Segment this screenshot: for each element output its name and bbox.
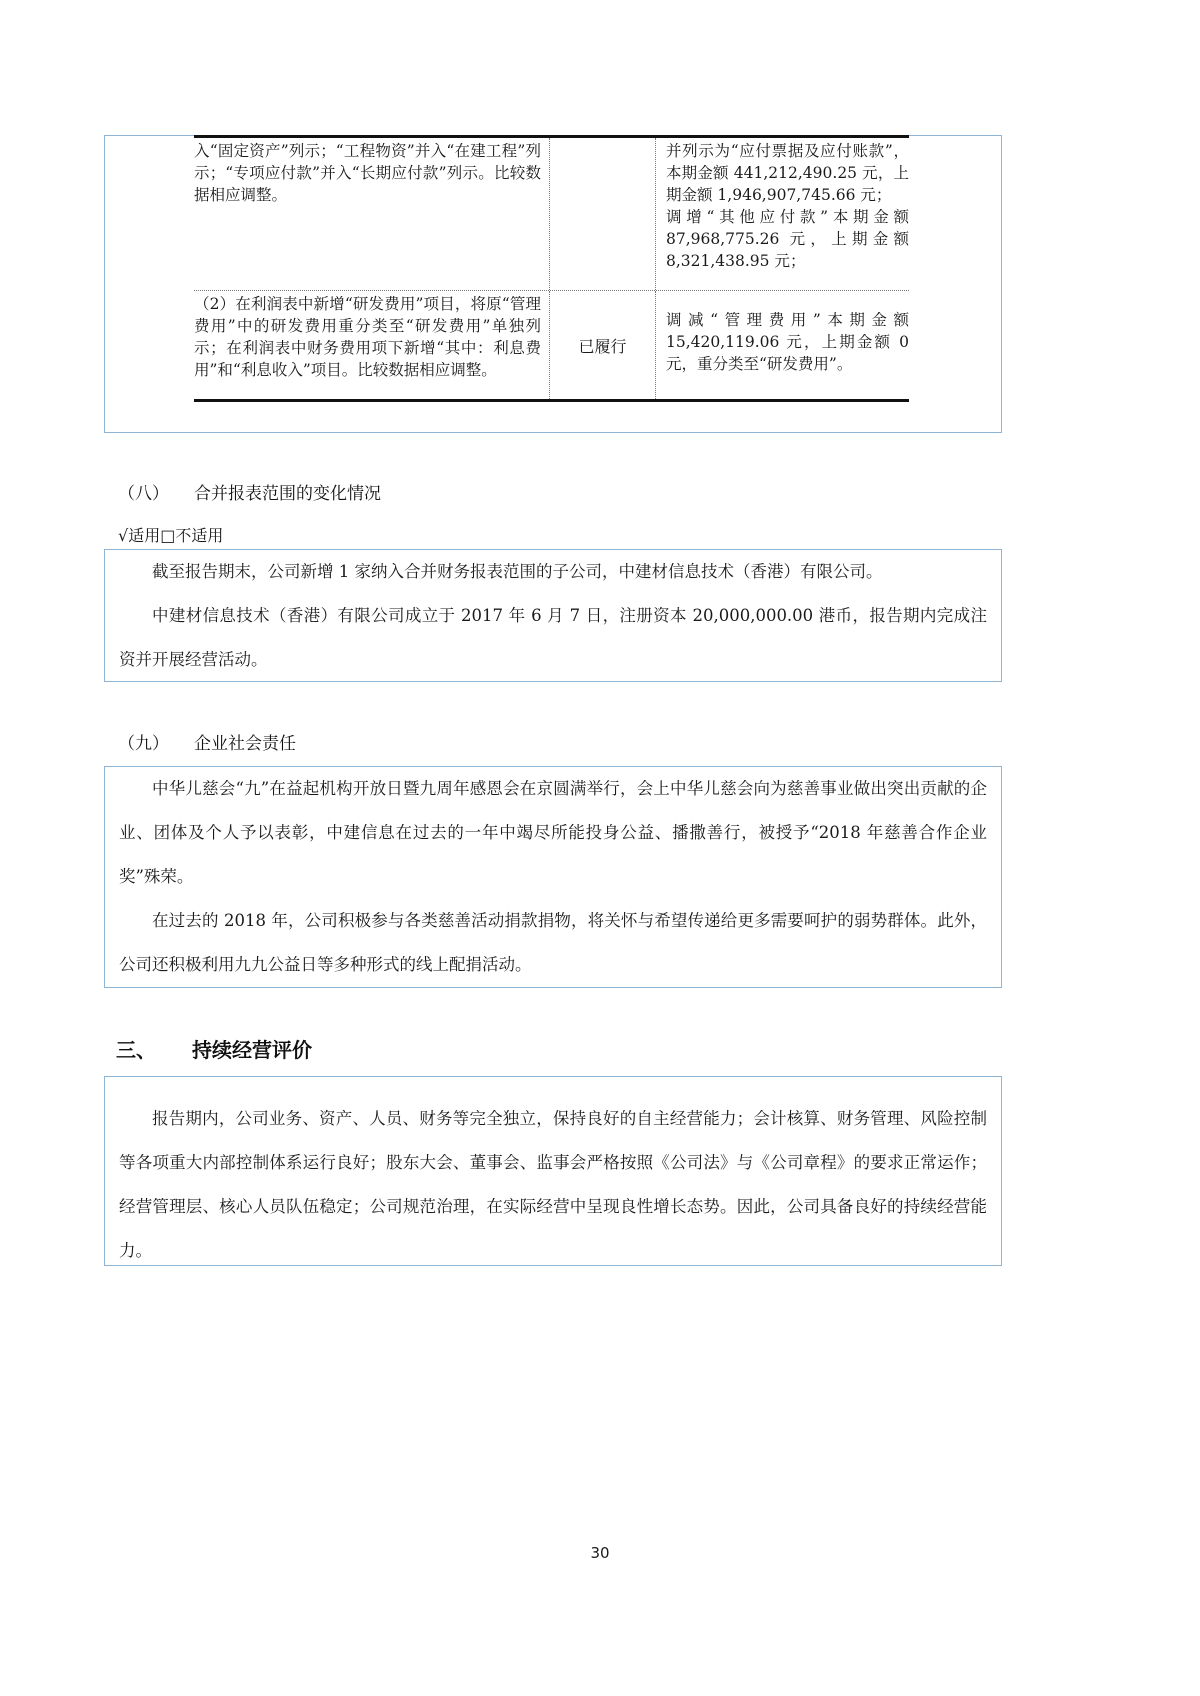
section-heading-9: （九） 企业社会责任: [118, 729, 296, 754]
section-number: （九）: [118, 729, 194, 754]
page-number: 30: [0, 1544, 1200, 1562]
impact-cell: 调减“管理费用”本期金额 15,420,119.06 元，上期金额 0 元，重分…: [656, 291, 909, 399]
section-number: （八）: [118, 479, 194, 504]
paragraph: 中华儿慈会“九”在益起机构开放日暨九周年感恩会在京圆满举行，会上中华儿慈会向为慈…: [119, 767, 987, 899]
going-concern-box: 报告期内，公司业务、资产、人员、财务等完全独立，保持良好的自主经营能力；会计核算…: [104, 1076, 1002, 1266]
impact-text: 并列示为“应付票据及应付账款”，本期金额 441,212,490.25 元，上期…: [666, 140, 909, 206]
paragraph: 报告期内，公司业务、资产、人员、财务等完全独立，保持良好的自主经营能力；会计核算…: [119, 1097, 987, 1273]
paragraph: 截至报告期末，公司新增 1 家纳入合并财务报表范围的子公司，中建材信息技术（香港…: [119, 550, 987, 594]
section-heading-8: （八） 合并报表范围的变化情况: [118, 479, 381, 504]
section-title: 企业社会责任: [194, 729, 296, 754]
table-row: （2）在利润表中新增“研发费用”项目，将原“管理费用”中的研发费用重分类至“研发…: [194, 291, 909, 399]
policy-change-table: 入“固定资产”列示；“工程物资”并入“在建工程”列示；“专项应付款”并入“长期应…: [194, 135, 909, 402]
section-title: 合并报表范围的变化情况: [194, 479, 381, 504]
social-responsibility-box: 中华儿慈会“九”在益起机构开放日暨九周年感恩会在京圆满举行，会上中华儿慈会向为慈…: [104, 766, 1002, 988]
impact-cell: 并列示为“应付票据及应付账款”，本期金额 441,212,490.25 元，上期…: [656, 138, 909, 290]
approval-status-cell: [549, 138, 656, 290]
applicability-checkbox-label: √适用□不适用: [118, 523, 223, 546]
section-heading-3: 三、 持续经营评价: [116, 1034, 312, 1063]
section-title: 持续经营评价: [192, 1034, 312, 1063]
policy-change-table-box: 入“固定资产”列示；“工程物资”并入“在建工程”列示；“专项应付款”并入“长期应…: [104, 135, 1002, 433]
consolidation-scope-box: 截至报告期末，公司新增 1 家纳入合并财务报表范围的子公司，中建材信息技术（香港…: [104, 549, 1002, 682]
paragraph: 在过去的 2018 年，公司积极参与各类慈善活动捐款捐物，将关怀与希望传递给更多…: [119, 899, 987, 987]
paragraph: 中建材信息技术（香港）有限公司成立于 2017 年 6 月 7 日，注册资本 2…: [119, 594, 987, 682]
change-description-cell: （2）在利润表中新增“研发费用”项目，将原“管理费用”中的研发费用重分类至“研发…: [194, 291, 549, 399]
impact-text-2: 调增“其他应付款”本期金额 87,968,775.26 元，上期金额 8,321…: [666, 206, 909, 272]
section-number: 三、: [116, 1034, 192, 1063]
table-row: 入“固定资产”列示；“工程物资”并入“在建工程”列示；“专项应付款”并入“长期应…: [194, 138, 909, 291]
approval-status-cell: 已履行: [549, 291, 656, 399]
change-description-cell: 入“固定资产”列示；“工程物资”并入“在建工程”列示；“专项应付款”并入“长期应…: [194, 138, 549, 290]
